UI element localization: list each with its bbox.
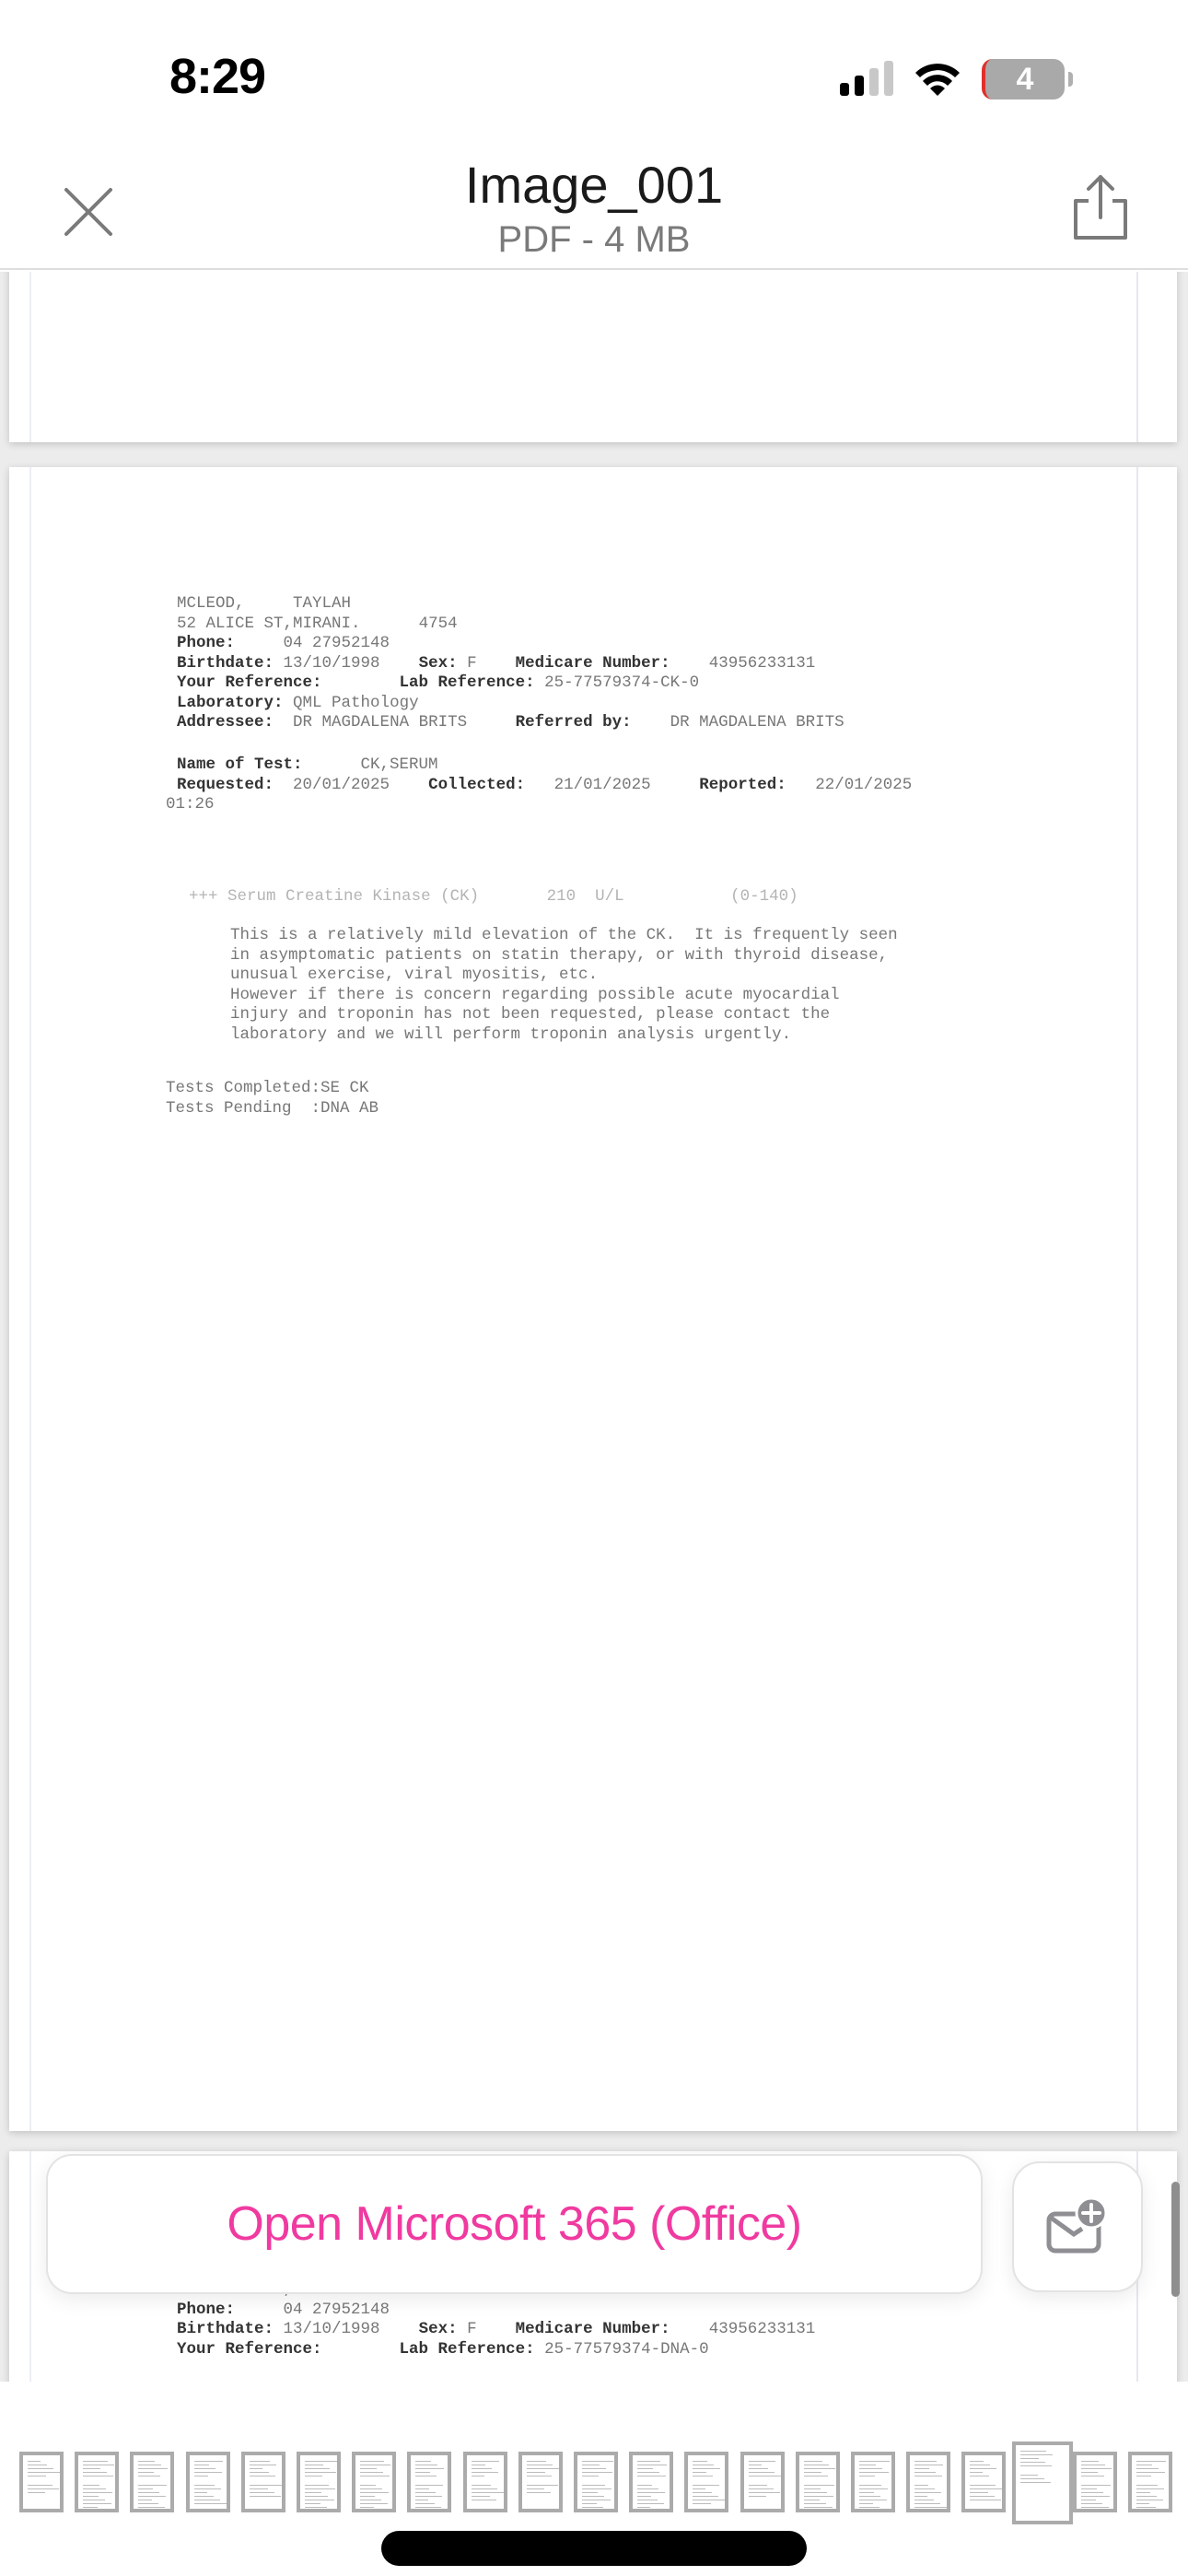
- page-thumbnail[interactable]: [297, 2452, 341, 2512]
- reported-time: 01:26: [166, 795, 215, 815]
- pdf-page-current: MCLEOD, TAYLAH 52 ALICE ST,MIRANI. 4754 …: [9, 467, 1177, 2131]
- page-thumbnail[interactable]: [407, 2452, 451, 2512]
- page-thumbnail[interactable]: [241, 2452, 285, 2512]
- page-thumbnail[interactable]: [130, 2452, 174, 2512]
- nav-bar: Image_001 PDF - 4 MB: [0, 138, 1188, 270]
- page-thumbnail[interactable]: [463, 2452, 507, 2512]
- result-comment: This is a relatively mild elevation of t…: [230, 926, 898, 1045]
- page-thumbnail[interactable]: [518, 2452, 563, 2512]
- home-indicator[interactable]: [381, 2531, 807, 2566]
- test-details: Name of Test: CK,SERUM Requested: 20/01/…: [177, 755, 912, 795]
- share-icon[interactable]: [1068, 171, 1133, 245]
- page-thumbnail[interactable]: [796, 2452, 840, 2512]
- page-thumbnail[interactable]: [961, 2452, 1006, 2512]
- status-icons: 4: [840, 59, 1065, 100]
- tests-status: Tests Completed:SE CK Tests Pending :DNA…: [166, 1079, 379, 1118]
- battery-icon: 4: [982, 59, 1065, 100]
- open-office-button[interactable]: Open Microsoft 365 (Office): [46, 2154, 983, 2294]
- page-thumbnail[interactable]: [1012, 2441, 1073, 2524]
- page-thumbnail[interactable]: [1128, 2452, 1172, 2512]
- scrollbar[interactable]: [1171, 2182, 1180, 2297]
- mail-add-button[interactable]: [1012, 2161, 1143, 2292]
- result-row: +++ Serum Creatine Kinase (CK) 210 U/L (…: [189, 887, 798, 907]
- page-thumbnail[interactable]: [574, 2452, 618, 2512]
- document-title: Image_001: [0, 155, 1188, 215]
- battery-level: 4: [1017, 62, 1034, 98]
- page-thumbnail[interactable]: [1073, 2452, 1117, 2512]
- status-time: 8:29: [169, 48, 265, 105]
- pdf-page: [9, 272, 1177, 442]
- mail-add-icon: [1045, 2197, 1110, 2256]
- page-thumbnail[interactable]: [851, 2452, 895, 2512]
- page-thumbnail[interactable]: [906, 2452, 950, 2512]
- document-subtitle: PDF - 4 MB: [0, 219, 1188, 261]
- pdf-viewer[interactable]: MCLEOD, TAYLAH 52 ALICE ST,MIRANI. 4754 …: [0, 272, 1188, 2382]
- open-office-label: Open Microsoft 365 (Office): [227, 2196, 801, 2252]
- page-thumbnail[interactable]: [740, 2452, 785, 2512]
- page-thumbnail[interactable]: [629, 2452, 673, 2512]
- page-thumbnail[interactable]: [75, 2452, 119, 2512]
- page-thumbnail[interactable]: [684, 2452, 728, 2512]
- patient-header: MCLEOD, TAYLAH 52 ALICE ST,MIRANI. 4754 …: [177, 594, 844, 733]
- page-thumbnail[interactable]: [352, 2452, 396, 2512]
- cellular-signal-icon: [840, 59, 893, 100]
- wifi-icon: [914, 61, 961, 98]
- page-thumbnail[interactable]: [19, 2452, 64, 2512]
- page-thumbnail[interactable]: [186, 2452, 230, 2512]
